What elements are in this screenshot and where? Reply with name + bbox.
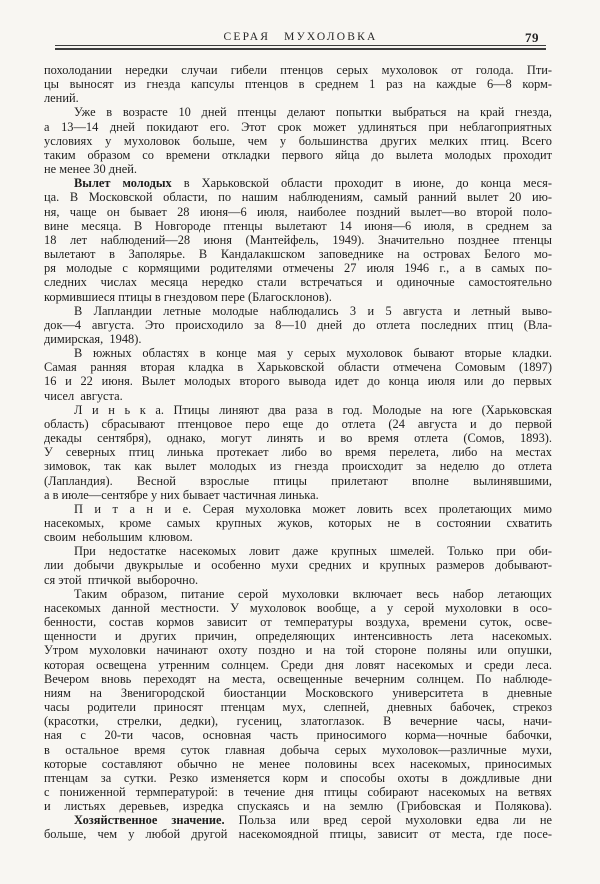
text-line: 16 и 22 июня. Вылет молодых второго выво… [44, 374, 552, 388]
text-line: лии добычи двукрылые и особенно мухи сре… [44, 558, 552, 572]
text-line: Вылет молодых в Харьковской области прох… [44, 176, 552, 190]
text-line: не менее 30 дней. [44, 162, 552, 176]
text-line: Таким образом, питание серой мухоловки в… [44, 587, 552, 601]
text-line: ная с 20-ти часов, основная часть принос… [44, 728, 552, 742]
text-line: которая освещена утренним солнцем. Среди… [44, 658, 552, 672]
text-line: ся этой птичкой выборочно. [44, 573, 552, 587]
text-line: Вечером вновь переходят на места, освеще… [44, 672, 552, 686]
text-line: а в июле—сентябре у них бывает частичная… [44, 488, 552, 502]
text-line: насекомых данной местности. У мухоловок … [44, 601, 552, 615]
text-line: док—4 августа. Это происходило за 8—10 д… [44, 318, 552, 332]
text-line: Л и н ь к а. Птицы линяют два раза в год… [44, 403, 552, 417]
text-line: птенцам за сутки. Резко изменяется корм … [44, 771, 552, 785]
header-rule [55, 45, 546, 50]
bold-lead-in: Вылет молодых [74, 176, 172, 190]
text-line: Утром мухоловки начинают охоту поздно и … [44, 643, 552, 657]
running-title: СЕРАЯ МУХОЛОВКА [55, 31, 546, 43]
text-line: При недостатке насекомых ловит даже круп… [44, 544, 552, 558]
text-line: следних числах месяца нередко стали встр… [44, 275, 552, 289]
text-block: похолодании нередки случаи гибели птенцо… [44, 63, 552, 842]
text-line: а 13—14 дней покидают его. Этот срок мож… [44, 120, 552, 134]
book-page: СЕРАЯ МУХОЛОВКА 79 похолодании нередки с… [0, 0, 600, 884]
text-line: В южных областях в конце мая у серых мух… [44, 346, 552, 360]
text-line: насекомых, кроме самых крупных жуков, ко… [44, 516, 552, 530]
page-number: 79 [525, 30, 539, 46]
text-line: чисел августа. [44, 389, 552, 403]
text-line: димирская, 1948). [44, 332, 552, 346]
text-line: кормившиеся птицы в гнездовом пере (Благ… [44, 290, 552, 304]
text-line: вылетают в Заполярье. В Кандалакшском за… [44, 247, 552, 261]
text-line: похолодании нередки случаи гибели птенцо… [44, 63, 552, 77]
text-line: своим небольшим клювом. [44, 530, 552, 544]
text-line: которые составляют обычно не менее полов… [44, 757, 552, 771]
text-line: декады сентября), однако, могут линять и… [44, 431, 552, 445]
text-line: больше, чем у любой другой насекомоядной… [44, 827, 552, 841]
text-line: В Лапландии летные молодые наблюдались 3… [44, 304, 552, 318]
text-line: щенности и других причин, определяющих и… [44, 629, 552, 643]
text-line: вине месяца. В Новгороде птенцы вылетают… [44, 219, 552, 233]
text-line: ря молодые с кормящими родителями отмече… [44, 261, 552, 275]
text-line: (красотки, стрелки, дедки), гусениц, зла… [44, 714, 552, 728]
text-line: ня, чаще он бывает 28 июня—6 июля, наибо… [44, 205, 552, 219]
text-line: часы родители приносят птенцам мух, слеп… [44, 700, 552, 714]
text-line: условиях у мухоловок больше, чем у больш… [44, 134, 552, 148]
text-line: 18 лет наблюдений—28 июня (Мантейфель, 1… [44, 233, 552, 247]
text-line: бенности, состав кормов зависит от темпе… [44, 615, 552, 629]
text-line: П и т а н и е. Серая мухоловка может лов… [44, 502, 552, 516]
text-line: зимовок, так как вылет молодых из гнезда… [44, 459, 552, 473]
text-line: ниям на Звенигородской биостанции Москов… [44, 686, 552, 700]
text-line: Хозяйственное значение. Польза или вред … [44, 813, 552, 827]
text-line: и листьях деревьев, изредка спускаясь и … [44, 799, 552, 813]
text-line: Уже в возрасте 10 дней птенцы делают поп… [44, 105, 552, 119]
text-line: в остальное время суток главная добыча с… [44, 743, 552, 757]
bold-lead-in: Хозяйственное значение. [74, 813, 225, 827]
text-line: ца. В Московской области, по нашим наблю… [44, 190, 552, 204]
text-line: цы выносят из гнезда капсулы птенцов в с… [44, 77, 552, 91]
text-line: таким образом со времени откладки первог… [44, 148, 552, 162]
page-header: СЕРАЯ МУХОЛОВКА 79 [55, 31, 546, 46]
text-line: с пониженной термпературой: в течение дн… [44, 785, 552, 799]
text-line: (Лапландия). Весной взрослые птицы приле… [44, 474, 552, 488]
text-line: лений. [44, 91, 552, 105]
text-line: область) сбрасывают птенцовое перо еще д… [44, 417, 552, 431]
text-line: Самая ранняя вторая кладка в Харьковской… [44, 360, 552, 374]
text-line: У северных птиц линька протекает либо во… [44, 445, 552, 459]
